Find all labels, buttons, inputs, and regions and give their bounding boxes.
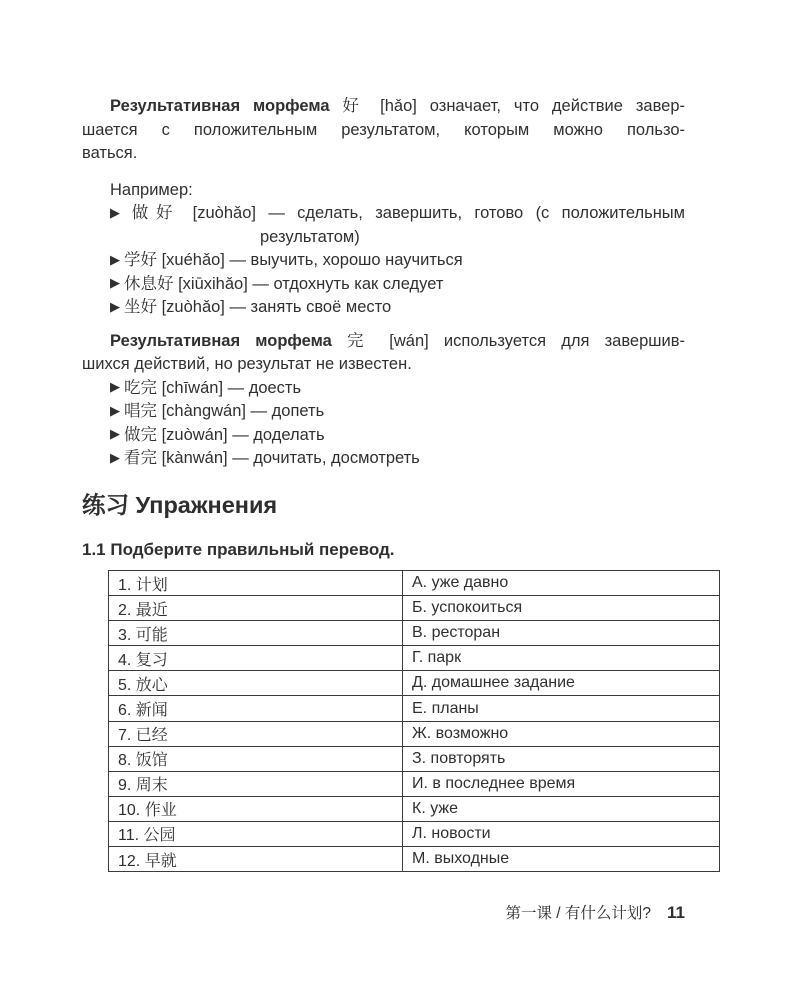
example-line: ▶看完 [kànwán] — дочитать, досмотреть [110, 447, 685, 471]
table-cell-chinese: 3. 可能 [109, 621, 403, 646]
paragraph-line: шается с положительным результатом, кото… [82, 119, 685, 143]
table-row: 8. 饭馆З. повторять [109, 746, 720, 771]
triangle-bullet-icon: ▶ [110, 403, 120, 418]
table-cell-chinese: 4. 复习 [109, 646, 403, 671]
example-text: 做好 [zuòhǎo] — сделать, завершить, готово… [132, 204, 685, 222]
table-cell-russian: Л. новости [403, 821, 720, 846]
table-row: 5. 放心Д. домашнее задание [109, 671, 720, 696]
table-cell-chinese: 7. 已经 [109, 721, 403, 746]
paragraph-bold-lead: Результативная морфема [110, 97, 330, 115]
table-cell-russian: М. выходные [403, 847, 720, 872]
table-row: 11. 公园Л. новости [109, 821, 720, 846]
examples-wan-list: ▶吃完 [chīwán] — доесть ▶唱完 [chàngwán] — д… [82, 377, 685, 471]
table-cell-russian: К. уже [403, 796, 720, 821]
table-row: 6. 新闻Е. планы [109, 696, 720, 721]
example-text: 学好 [xuéhǎo] — выучить, хорошо научиться [124, 251, 463, 269]
example-item: ▶学好 [xuéhǎo] — выучить, хорошо научиться [82, 249, 685, 273]
table-cell-russian: В. ресторан [403, 621, 720, 646]
matching-table: 1. 计划А. уже давно 2. 最近Б. успокоиться 3.… [108, 570, 720, 872]
paragraph-line: ваться. [82, 142, 685, 166]
section-heading-exercises: 练习 Упражнения [82, 490, 685, 520]
page-content: Результативная морфема 好 [hǎo] означает,… [82, 95, 685, 872]
examples-intro: Например: [82, 179, 685, 203]
example-line: ▶吃完 [chīwán] — доесть [110, 377, 685, 401]
table-cell-russian: Д. домашнее задание [403, 671, 720, 696]
paragraph-line: Результативная морфема 好 [hǎo] означает,… [82, 95, 685, 119]
table-cell-russian: И. в последнее время [403, 771, 720, 796]
table-cell-chinese: 2. 最近 [109, 596, 403, 621]
table-row: 2. 最近Б. успокоиться [109, 596, 720, 621]
table-cell-russian: Г. парк [403, 646, 720, 671]
table-cell-chinese: 1. 计划 [109, 571, 403, 596]
example-text: 坐好 [zuòhǎo] — занять своё место [124, 298, 391, 316]
table-cell-chinese: 12. 早就 [109, 847, 403, 872]
table-row: 12. 早就М. выходные [109, 847, 720, 872]
example-text: 做完 [zuòwán] — доделать [124, 426, 325, 444]
example-item: ▶看完 [kànwán] — дочитать, досмотреть [82, 447, 685, 471]
table-cell-russian: Ж. возможно [403, 721, 720, 746]
example-item: ▶做好 [zuòhǎo] — сделать, завершить, готов… [82, 202, 685, 249]
triangle-bullet-icon: ▶ [110, 275, 120, 290]
triangle-bullet-icon: ▶ [110, 379, 120, 394]
example-line: ▶做好 [zuòhǎo] — сделать, завершить, готов… [110, 202, 685, 226]
page-number: 11 [667, 903, 685, 922]
book-page: Результативная морфема 好 [hǎo] означает,… [0, 0, 800, 1000]
table-cell-chinese: 6. 新闻 [109, 696, 403, 721]
example-item: ▶休息好 [xiūxihǎo] — отдохнуть как следует [82, 273, 685, 297]
paragraph-bold-lead: Результативная морфема [110, 332, 332, 350]
example-text: 休息好 [xiūxihǎo] — отдохнуть как следует [124, 275, 443, 293]
table-row: 1. 计划А. уже давно [109, 571, 720, 596]
triangle-bullet-icon: ▶ [110, 252, 120, 267]
example-item: ▶做完 [zuòwán] — доделать [82, 424, 685, 448]
example-text: 看完 [kànwán] — дочитать, досмотреть [124, 449, 420, 467]
exercise-title: 1.1 Подберите правильный перевод. [82, 538, 685, 562]
example-text: 唱完 [chàngwán] — допеть [124, 402, 324, 420]
example-line: ▶唱完 [chàngwán] — допеть [110, 400, 685, 424]
example-line: ▶做完 [zuòwán] — доделать [110, 424, 685, 448]
table-row: 9. 周末И. в последнее время [109, 771, 720, 796]
example-continuation: результатом) [110, 226, 685, 250]
table-cell-chinese: 9. 周末 [109, 771, 403, 796]
example-item: ▶唱完 [chàngwán] — допеть [82, 400, 685, 424]
examples-hao-list: Например: ▶做好 [zuòhǎo] — сделать, заверш… [82, 179, 685, 320]
table-cell-chinese: 5. 放心 [109, 671, 403, 696]
table-cell-russian: А. уже давно [403, 571, 720, 596]
example-item: ▶吃完 [chīwán] — доесть [82, 377, 685, 401]
triangle-bullet-icon: ▶ [110, 450, 120, 465]
table-cell-chinese: 11. 公园 [109, 821, 403, 846]
table-cell-chinese: 8. 饭馆 [109, 746, 403, 771]
table-cell-russian: Е. планы [403, 696, 720, 721]
paragraph-line: шихся действий, но результат не известен… [82, 353, 685, 377]
table-row: 4. 复习Г. парк [109, 646, 720, 671]
table-row: 7. 已经Ж. возможно [109, 721, 720, 746]
paragraph-text: 好 [hǎo] означает, что действие завер- [330, 97, 686, 115]
table-row: 10. 作业К. уже [109, 796, 720, 821]
triangle-bullet-icon: ▶ [110, 426, 120, 441]
table-cell-russian: З. повторять [403, 746, 720, 771]
example-line: ▶休息好 [xiūxihǎo] — отдохнуть как следует [110, 273, 685, 297]
example-text: 吃完 [chīwán] — доесть [124, 379, 301, 397]
page-footer: 第一课 / 有什么计划?11 [505, 902, 685, 925]
example-line: ▶学好 [xuéhǎo] — выучить, хорошо научиться [110, 249, 685, 273]
table-cell-chinese: 10. 作业 [109, 796, 403, 821]
footer-lesson-title: 第一课 / 有什么计划? [505, 905, 651, 922]
table-row: 3. 可能В. ресторан [109, 621, 720, 646]
paragraph-morpheme-wan: Результативная морфема 完 [wán] используе… [82, 330, 685, 377]
example-item: ▶坐好 [zuòhǎo] — занять своё место [82, 296, 685, 320]
paragraph-line: Результативная морфема 完 [wán] используе… [82, 330, 685, 354]
triangle-bullet-icon: ▶ [110, 205, 128, 220]
triangle-bullet-icon: ▶ [110, 299, 120, 314]
paragraph-text: 完 [wán] используется для завершив- [332, 332, 685, 350]
table-cell-russian: Б. успокоиться [403, 596, 720, 621]
paragraph-morpheme-hao: Результативная морфема 好 [hǎo] означает,… [82, 95, 685, 166]
example-line: ▶坐好 [zuòhǎo] — занять своё место [110, 296, 685, 320]
